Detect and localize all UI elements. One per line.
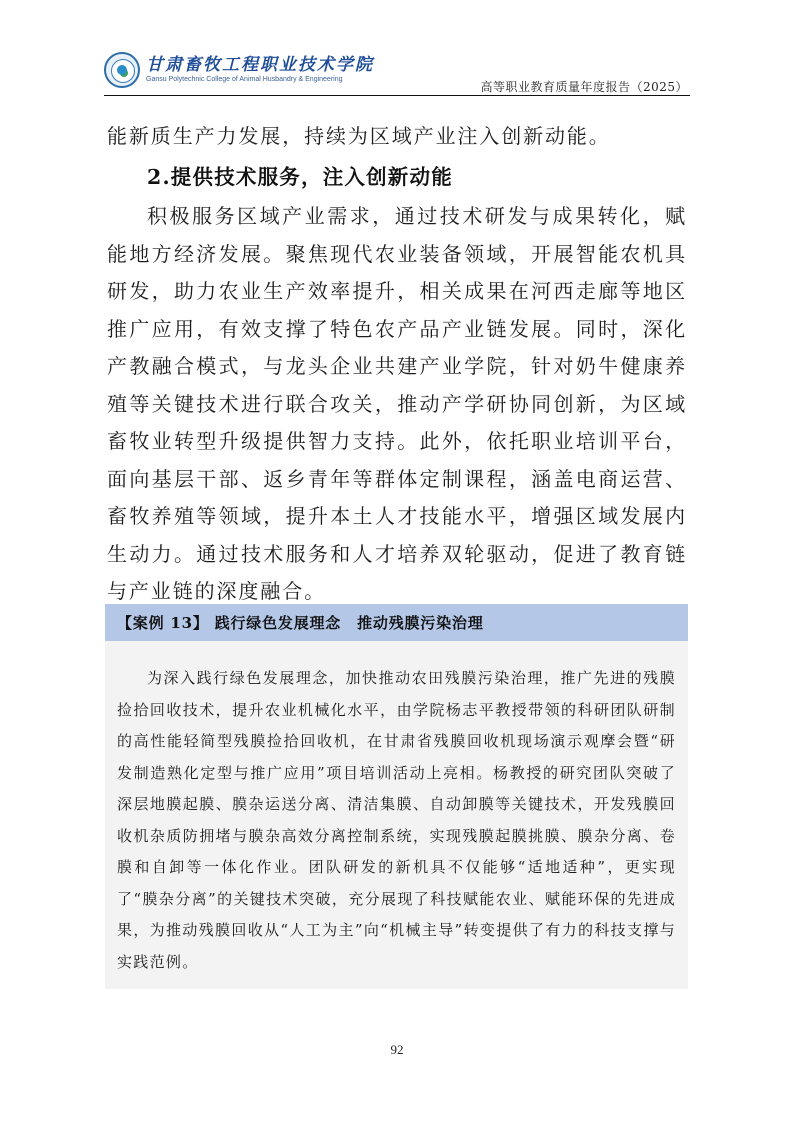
case-body: 为深入践行绿色发展理念，加快推动农田残膜污染治理，推广先进的残膜捡拾回收技术，提…: [105, 641, 688, 978]
case-title-part1: 践行绿色发展理念: [215, 612, 341, 633]
case-header: 【案例 13】 践行绿色发展理念 推动残膜污染治理: [105, 604, 688, 641]
case-title-part2: 推动残膜污染治理: [357, 612, 483, 633]
logo-text: 甘肃畜牧工程职业技术学院 Gansu Polytechnic College o…: [146, 55, 374, 85]
case-label: 【案例 13】: [117, 612, 209, 633]
header-divider: [104, 95, 690, 96]
college-name-en: Gansu Polytechnic College of Animal Husb…: [146, 75, 374, 85]
section-heading: 2.提供技术服务，注入创新动能: [147, 160, 453, 190]
continuation-paragraph: 能新质生产力发展，持续为区域产业注入创新动能。: [107, 118, 687, 156]
college-seal-icon: [104, 52, 140, 88]
page-header: 甘肃畜牧工程职业技术学院 Gansu Polytechnic College o…: [104, 50, 690, 96]
college-name-cn: 甘肃畜牧工程职业技术学院: [146, 55, 374, 75]
report-title: 高等职业教育质量年度报告（2025）: [480, 78, 688, 95]
page-number: 92: [0, 1042, 794, 1058]
college-logo: 甘肃畜牧工程职业技术学院 Gansu Polytechnic College o…: [104, 52, 374, 88]
body-paragraph: 积极服务区域产业需求，通过技术研发与成果转化，赋能地方经济发展。聚焦现代农业装备…: [107, 198, 687, 611]
case-box: 【案例 13】 践行绿色发展理念 推动残膜污染治理 为深入践行绿色发展理念，加快…: [105, 604, 688, 989]
